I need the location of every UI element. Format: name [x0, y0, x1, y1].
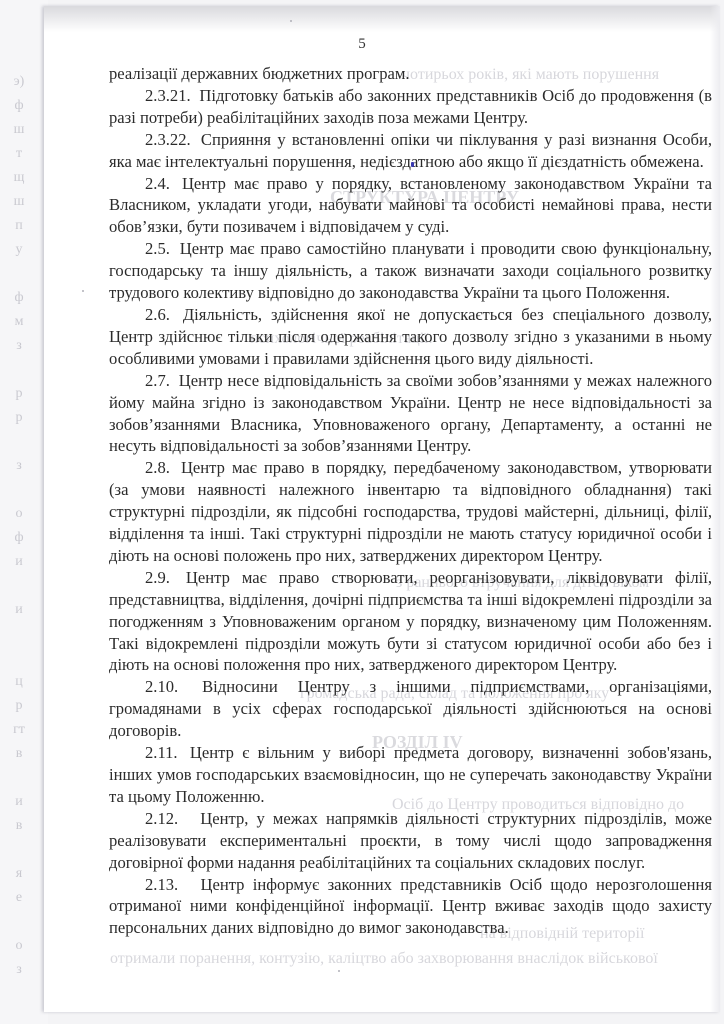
clause-2-7: 2.7. Центр несе відповідальність за свої…: [109, 370, 712, 458]
margin-glyph: р: [6, 406, 32, 430]
margin-glyph: [6, 838, 32, 862]
underlying-page-margin-text: э) ф ш т щ ш п у ф м з р р з о ф и и ц р…: [6, 70, 32, 982]
clause-2-11: 2.11. Центр є вільним у виборі предмета …: [109, 742, 712, 808]
margin-glyph: р: [6, 694, 32, 718]
margin-glyph: ф: [6, 526, 32, 550]
clause-text: Відносини Центру з іншими підприємствами…: [109, 677, 712, 740]
clause-2-4: 2.4. Центр має право у порядку, встановл…: [109, 173, 712, 239]
clause-number: 2.7.: [145, 371, 170, 390]
continuation-line: реалізації державних бюджетних програм.: [109, 63, 712, 85]
scan-speck: [338, 970, 340, 972]
clause-text: Центр інформує законних представників Ос…: [109, 875, 712, 938]
clause-text: Центр є вільним у виборі предмета догово…: [109, 743, 712, 806]
margin-glyph: ш: [6, 118, 32, 142]
clause-number: 2.6.: [145, 305, 170, 324]
clause-2-6: 2.6. Діяльність, здійснення якої не допу…: [109, 304, 712, 370]
margin-glyph: ш: [6, 190, 32, 214]
scan-speck: [82, 290, 84, 292]
margin-glyph: р: [6, 382, 32, 406]
margin-glyph: и: [6, 790, 32, 814]
margin-glyph: в: [6, 814, 32, 838]
clause-number: 2.13.: [145, 875, 178, 894]
margin-glyph: я: [6, 862, 32, 886]
margin-glyph: [6, 358, 32, 382]
margin-glyph: ц: [6, 670, 32, 694]
clause-text: Центр має право самостійно планувати і п…: [109, 239, 712, 302]
margin-glyph: [6, 766, 32, 790]
margin-glyph: и: [6, 598, 32, 622]
clause-text: Діяльність, здійснення якої не допускаєт…: [109, 305, 712, 368]
clause-number: 2.10.: [145, 677, 178, 696]
clause-number: 2.5.: [145, 239, 170, 258]
clause-2-8: 2.8. Центр має право в порядку, передбач…: [109, 457, 712, 567]
clause-number: 2.8.: [145, 458, 170, 477]
margin-glyph: гт: [6, 718, 32, 742]
clause-2-9: 2.9. Центр має право створювати, реорган…: [109, 567, 712, 677]
margin-glyph: [6, 478, 32, 502]
clause-number: 2.12.: [145, 809, 178, 828]
clause-number: 2.3.21.: [145, 86, 191, 105]
margin-glyph: м: [6, 310, 32, 334]
clause-text: Центр має право у порядку, встановленому…: [109, 174, 712, 237]
underlying-page-edge: э) ф ш т щ ш п у ф м з р р з о ф и и ц р…: [0, 0, 48, 1024]
clause-2-10: 2.10. Відносини Центру з іншими підприєм…: [109, 676, 712, 742]
margin-glyph: ф: [6, 286, 32, 310]
margin-glyph: [6, 910, 32, 934]
margin-glyph: [6, 430, 32, 454]
margin-glyph: з: [6, 334, 32, 358]
margin-glyph: [6, 622, 32, 646]
clause-text: Центр має право створювати, реорганізову…: [109, 568, 712, 675]
margin-glyph: з: [6, 454, 32, 478]
page-number: 5: [0, 36, 724, 53]
margin-glyph: в: [6, 742, 32, 766]
document-body: реалізації державних бюджетних програм. …: [109, 63, 712, 939]
scan-speck: [290, 20, 292, 22]
clause-2-3-21: 2.3.21. Підготовку батьків або законних …: [109, 85, 712, 129]
clause-text: Підготовку батьків або законних представ…: [109, 86, 712, 127]
margin-glyph: [6, 262, 32, 286]
clause-text: Центр, у межах напрямків діяльності стру…: [109, 809, 712, 872]
margin-glyph: и: [6, 550, 32, 574]
ink-mark: [411, 162, 414, 167]
clause-number: 2.11.: [145, 743, 178, 762]
margin-glyph: [6, 574, 32, 598]
clause-text: Центр має право в порядку, передбаченому…: [109, 458, 712, 565]
margin-glyph: [6, 646, 32, 670]
margin-glyph: т: [6, 142, 32, 166]
clause-number: 2.4.: [145, 174, 170, 193]
clause-number: 2.3.22.: [145, 130, 191, 149]
margin-glyph: у: [6, 238, 32, 262]
margin-glyph: о: [6, 502, 32, 526]
margin-glyph: з: [6, 958, 32, 982]
clause-2-13: 2.13. Центр інформує законних представни…: [109, 874, 712, 940]
margin-glyph: э): [6, 70, 32, 94]
margin-glyph: п: [6, 214, 32, 238]
clause-2-5: 2.5. Центр має право самостійно плануват…: [109, 238, 712, 304]
margin-glyph: ф: [6, 94, 32, 118]
clause-2-12: 2.12. Центр, у межах напрямків діяльност…: [109, 808, 712, 874]
clause-text: Центр несе відповідальність за своїми зо…: [109, 371, 712, 456]
margin-glyph: о: [6, 934, 32, 958]
clause-number: 2.9.: [145, 568, 170, 587]
margin-glyph: щ: [6, 166, 32, 190]
margin-glyph: е: [6, 886, 32, 910]
